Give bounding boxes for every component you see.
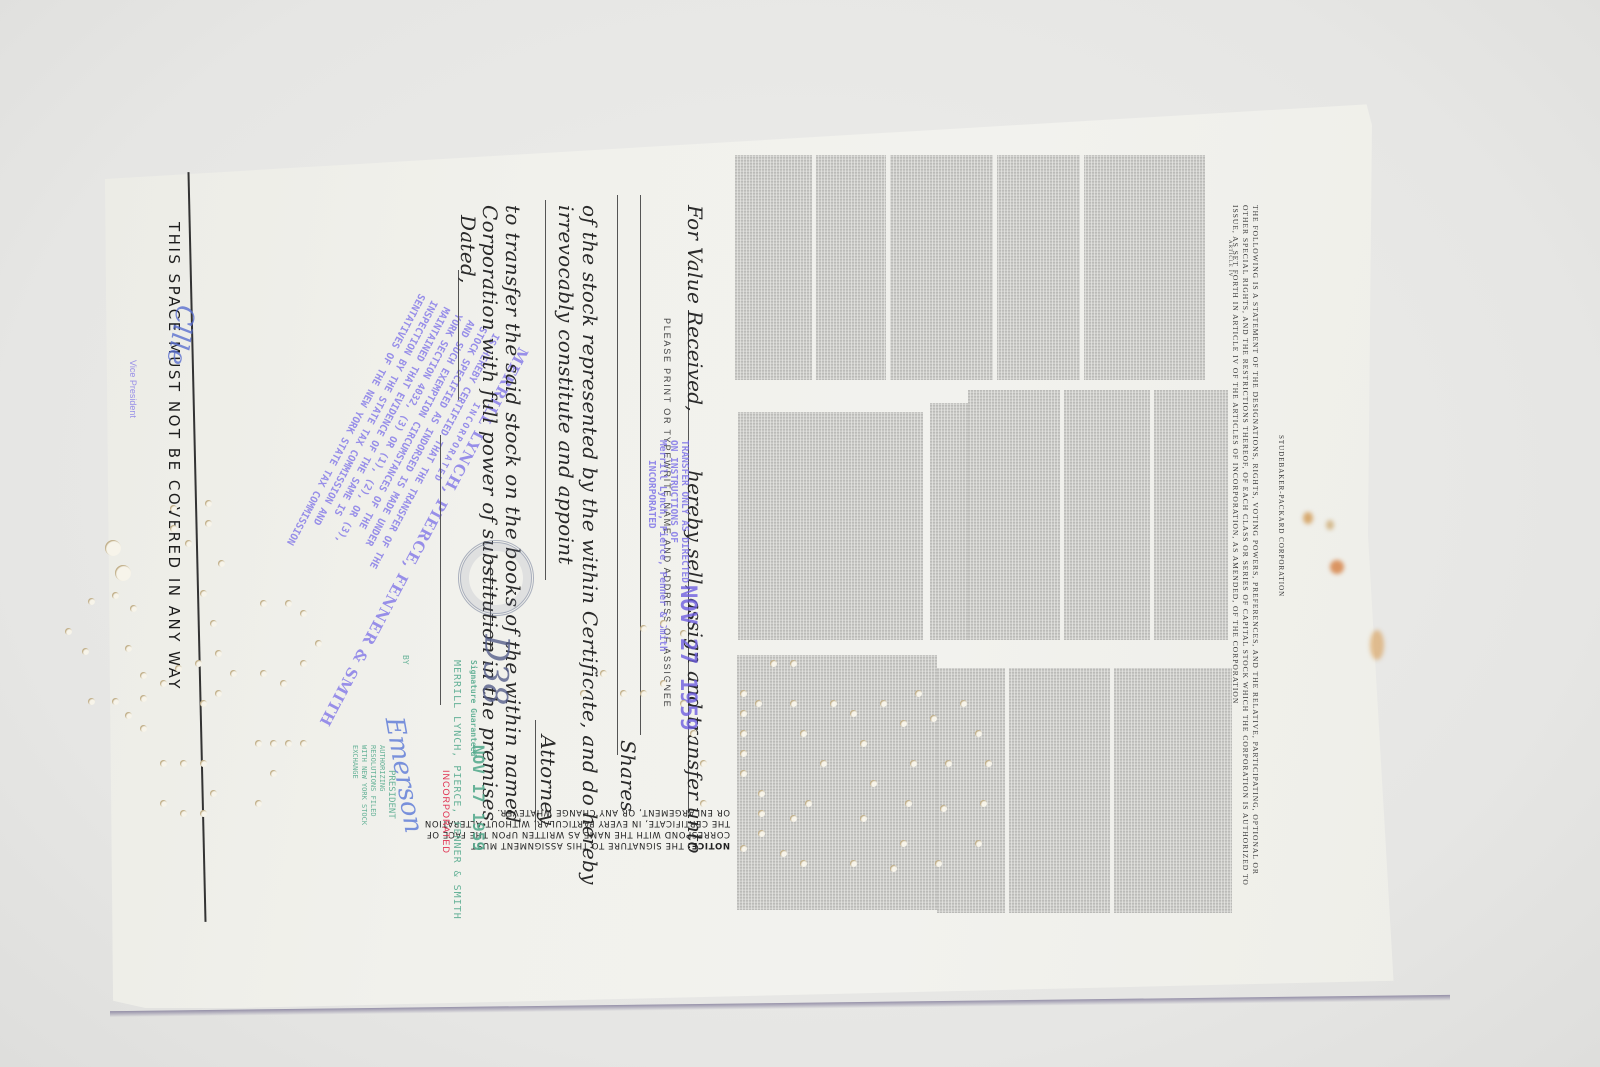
company-heading: STUDEBAKER-PACKARD CORPORATION	[1277, 435, 1285, 597]
perforation-hole	[200, 590, 207, 597]
statement-heading: THE FOLLOWING IS A STATEMENT OF THE DESI…	[1230, 205, 1260, 905]
article-label: ARTICLE IV	[1227, 240, 1232, 277]
perforation-hole	[890, 865, 897, 872]
perforation-hole	[185, 540, 192, 547]
column-gap	[812, 155, 816, 380]
perforation-hole	[758, 830, 765, 837]
form-rule-3	[617, 195, 618, 755]
perforation-hole	[600, 670, 607, 677]
perforation-hole	[88, 698, 95, 705]
transfer-stamp-date: NOV 27 1959	[675, 585, 700, 731]
fine-print-block-mid-right	[968, 390, 1228, 640]
punch-hole	[115, 565, 131, 581]
perforation-hole	[215, 690, 222, 697]
perforation-hole	[960, 700, 967, 707]
perforation-hole	[905, 800, 912, 807]
perforation-hole	[900, 840, 907, 847]
perforation-hole	[758, 790, 765, 797]
form-rule-7	[458, 270, 459, 400]
perforation-hole	[680, 630, 687, 637]
full-power-line: Corporation with full power of substitut…	[478, 205, 502, 828]
column-gap	[886, 155, 890, 380]
perforation-hole	[985, 760, 992, 767]
perforation-hole	[160, 760, 167, 767]
perforation-hole	[125, 645, 132, 652]
notice-title: NOTICE:	[687, 840, 730, 850]
perforation-hole	[580, 690, 587, 697]
vice-president-caption: Vice President	[128, 360, 138, 418]
perforation-hole	[755, 700, 762, 707]
perforation-hole	[255, 740, 262, 747]
perforation-hole	[700, 800, 707, 807]
perforation-hole	[860, 815, 867, 822]
perforation-hole	[205, 500, 212, 507]
perforation-hole	[690, 730, 697, 737]
perforation-hole	[805, 800, 812, 807]
perforation-hole	[300, 740, 307, 747]
stock-represented-line: of the stock represented by the within C…	[578, 205, 602, 885]
perforation-hole	[680, 700, 687, 707]
perforation-hole	[215, 650, 222, 657]
perforation-hole	[850, 860, 857, 867]
irrevocably-appoint-line: irrevocably constitute and appoint	[554, 205, 578, 565]
perforation-hole	[175, 665, 182, 672]
perforation-hole	[975, 840, 982, 847]
perforation-hole	[860, 740, 867, 747]
column-gap	[993, 155, 997, 380]
perforation-hole	[915, 690, 922, 697]
rust-stain	[1330, 560, 1344, 574]
guarantee-authority: AUTHORIZING RESOLUTIONS FILED WITH NEW Y…	[350, 745, 386, 835]
perforation-hole	[160, 680, 167, 687]
perforation-hole	[112, 698, 119, 705]
guarantee-label: Signature Guaranteed	[469, 660, 478, 756]
perforation-hole	[270, 770, 277, 777]
perforation-hole	[200, 700, 207, 707]
perforation-hole	[65, 628, 72, 635]
perforation-hole	[790, 660, 797, 667]
fine-print-block-top	[735, 155, 1205, 380]
perforation-hole	[180, 760, 187, 767]
perforation-hole	[940, 805, 947, 812]
perforation-hole	[112, 592, 119, 599]
guarantee-firm-sub: INCORPORATED	[441, 770, 451, 854]
perforation-hole	[200, 760, 207, 767]
column-gap	[1150, 390, 1154, 640]
perforation-hole	[285, 740, 292, 747]
perforation-hole	[82, 648, 89, 655]
perforation-hole	[170, 505, 177, 512]
perforation-hole	[230, 670, 237, 677]
perforation-hole	[660, 680, 667, 687]
column-gap	[1110, 668, 1114, 913]
guarantee-title: PRESIDENT	[386, 770, 396, 819]
perforation-hole	[270, 740, 277, 747]
perforation-hole	[740, 770, 747, 777]
perforation-hole	[300, 660, 307, 667]
perforation-hole	[640, 690, 647, 697]
perforation-hole	[620, 690, 627, 697]
perforation-hole	[945, 760, 952, 767]
perforation-hole	[930, 715, 937, 722]
perforation-hole	[780, 850, 787, 857]
fine-print-block-mid-left	[738, 412, 923, 640]
corporate-seal	[458, 540, 534, 616]
notice-text-0: THE SIGNATURE TO THIS ASSIGNMENT MUST	[471, 840, 684, 850]
perforation-hole	[130, 605, 137, 612]
punch-hole	[105, 540, 121, 556]
perforation-hole	[315, 640, 322, 647]
perforation-hole	[870, 780, 877, 787]
guarantee-date: NOV 17 1959	[469, 745, 488, 851]
perforation-hole	[300, 610, 307, 617]
perforation-hole	[790, 815, 797, 822]
perforation-hole	[125, 712, 132, 719]
perforation-hole	[980, 800, 987, 807]
perforation-hole	[88, 598, 95, 605]
perforation-hole	[740, 730, 747, 737]
perforation-hole	[740, 710, 747, 717]
countersignature-scrawl: D38	[474, 634, 516, 706]
transfer-said-stock-line: to transfer the said stock on the books …	[501, 205, 525, 823]
perforation-hole	[910, 760, 917, 767]
perforation-hole	[830, 700, 837, 707]
perforation-hole	[140, 725, 147, 732]
perforation-hole	[800, 730, 807, 737]
fine-print-block-mid-center	[930, 403, 970, 640]
guarantee-firm: MERRILL LYNCH, PIERCE, FENNER & SMITH	[451, 660, 462, 920]
statement-heading-text: THE FOLLOWING IS A STATEMENT OF THE DESI…	[1231, 205, 1260, 886]
form-rule-4	[545, 200, 546, 580]
perforation-hole	[285, 600, 292, 607]
perforation-hole	[260, 600, 267, 607]
perforation-hole	[640, 625, 647, 632]
perforation-hole	[740, 750, 747, 757]
perforation-hole	[758, 810, 765, 817]
perforation-hole	[140, 672, 147, 679]
perforation-hole	[850, 710, 857, 717]
perforation-hole	[740, 845, 747, 852]
perforation-hole	[210, 790, 217, 797]
guarantee-by: BY	[401, 655, 410, 665]
perforation-hole	[770, 660, 777, 667]
perforation-hole	[200, 810, 207, 817]
perforation-hole	[280, 680, 287, 687]
rust-stain	[1326, 520, 1334, 530]
column-gap	[1060, 390, 1064, 640]
perforation-hole	[820, 760, 827, 767]
perforation-hole	[660, 620, 667, 627]
perforation-hole	[935, 860, 942, 867]
shares-label: Shares	[616, 740, 640, 812]
transfer-stamp-line-3: INCORPORATED	[646, 440, 657, 652]
perforation-hole	[800, 860, 807, 867]
perforation-hole	[700, 760, 707, 767]
perforation-hole	[255, 800, 262, 807]
perforation-hole	[160, 800, 167, 807]
fine-print-block-bottom-left	[737, 655, 937, 910]
perforation-hole	[170, 525, 177, 532]
dated-label: Dated,	[456, 215, 480, 284]
rust-stain	[1303, 512, 1313, 524]
perforation-hole	[975, 730, 982, 737]
perforation-hole	[140, 695, 147, 702]
perforation-hole	[740, 690, 747, 697]
perforation-hole	[790, 700, 797, 707]
column-gap	[1005, 668, 1009, 913]
form-rule-2	[640, 195, 641, 735]
perforation-hole	[180, 810, 187, 817]
perforation-hole	[195, 660, 202, 667]
rust-stain	[1370, 630, 1384, 660]
perforation-hole	[205, 520, 212, 527]
fine-print-block-bottom-right	[937, 668, 1232, 913]
column-gap	[1080, 155, 1084, 380]
form-rule-8	[440, 435, 441, 705]
perforation-hole	[260, 670, 267, 677]
perforation-hole	[210, 620, 217, 627]
for-value-received: For Value Received,	[683, 205, 707, 412]
perforation-hole	[218, 560, 225, 567]
perforation-hole	[880, 700, 887, 707]
perforation-hole	[900, 720, 907, 727]
